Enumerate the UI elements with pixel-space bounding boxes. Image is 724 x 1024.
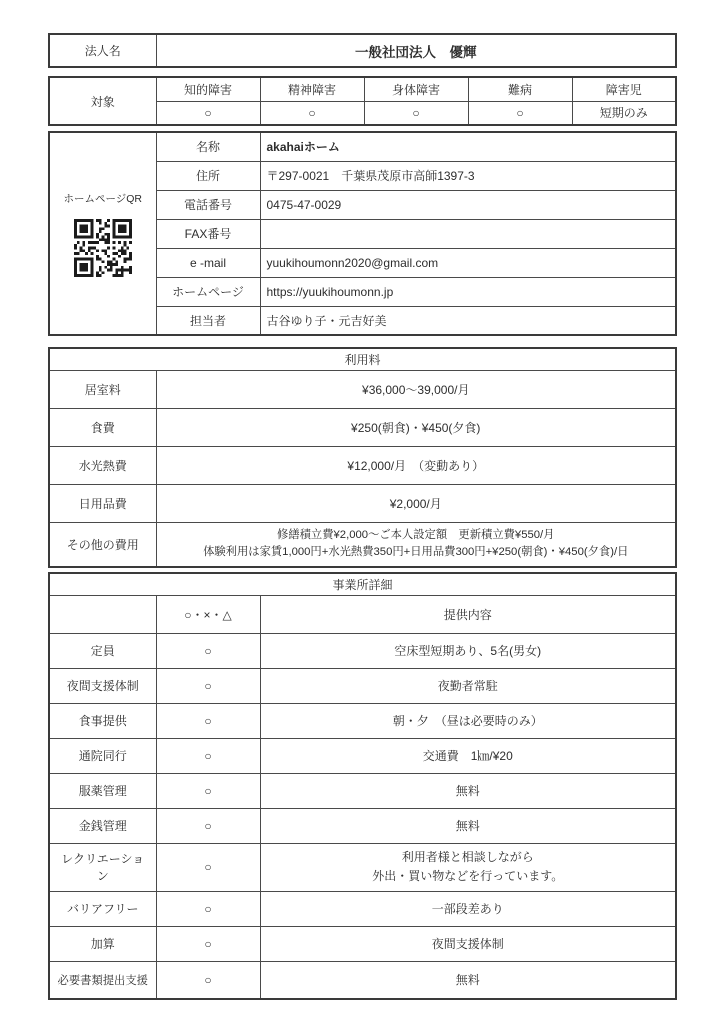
contact-row-label: ホームページ (156, 277, 260, 306)
detail-row-content: 無料 (260, 961, 676, 999)
details-symbol-header: ○・×・△ (156, 595, 260, 633)
target-mark: ○ (364, 101, 468, 125)
target-label: 対象 (49, 77, 156, 125)
target-mark: ○ (260, 101, 364, 125)
detail-row-mark: ○ (156, 926, 260, 961)
contact-row-label: 担当者 (156, 306, 260, 335)
fee-row-value: ¥2,000/月 (156, 485, 676, 523)
facility-name-value: akahaiホーム (260, 132, 676, 161)
detail-row-label: レクリエーション (49, 843, 156, 891)
detail-row-mark: ○ (156, 843, 260, 891)
email-value: yuukihoumonn2020@gmail.com (260, 248, 676, 277)
target-table: 対象 知的障害 精神障害 身体障害 難病 障害児 ○ ○ ○ ○ 短期のみ (48, 76, 677, 126)
detail-row-mark: ○ (156, 773, 260, 808)
target-header: 精神障害 (260, 77, 364, 101)
contact-row-label: 住所 (156, 161, 260, 190)
detail-row-mark: ○ (156, 633, 260, 668)
address-value: 〒297-0021 千葉県茂原市高師1397-3 (260, 161, 676, 190)
target-header: 知的障害 (156, 77, 260, 101)
detail-row-label: 食事提供 (49, 703, 156, 738)
fax-value (260, 219, 676, 248)
fee-row-label: 水光熱費 (49, 447, 156, 485)
detail-row-content: 一部段差あり (260, 891, 676, 926)
details-content-header: 提供内容 (260, 595, 676, 633)
detail-row-label: 加算 (49, 926, 156, 961)
fee-row-value: ¥12,000/月 （変動あり） (156, 447, 676, 485)
target-mark: ○ (468, 101, 572, 125)
contact-row-label: e -mail (156, 248, 260, 277)
corporate-name-value: 一般社団法人 優輝 (156, 34, 676, 67)
contact-row-label: 名称 (156, 132, 260, 161)
detail-row-mark: ○ (156, 703, 260, 738)
target-mark: ○ (156, 101, 260, 125)
detail-row-content: 無料 (260, 773, 676, 808)
detail-row-label: 必要書類提出支援 (49, 961, 156, 999)
detail-row-mark: ○ (156, 891, 260, 926)
fee-row-label: 食費 (49, 409, 156, 447)
homepage-value: https://yuukihoumonn.jp (260, 277, 676, 306)
detail-row-label: バリアフリー (49, 891, 156, 926)
detail-row-mark: ○ (156, 668, 260, 703)
details-table: 事業所詳細 ○・×・△ 提供内容 定員 ○ 空床型短期あり、5名(男女) 夜間支… (48, 572, 677, 1001)
qr-code-icon (74, 219, 132, 277)
detail-row-content: 利用者様と相談しながら 外出・買い物などを行っています。 (260, 843, 676, 891)
fee-row-value: ¥250(朝食)・¥450(夕食) (156, 409, 676, 447)
contact-row-label: FAX番号 (156, 219, 260, 248)
target-header: 障害児 (572, 77, 676, 101)
detail-row-content: 無料 (260, 808, 676, 843)
detail-row-mark: ○ (156, 738, 260, 773)
detail-row-mark: ○ (156, 808, 260, 843)
phone-value: 0475-47-0029 (260, 190, 676, 219)
fee-row-label: 居室料 (49, 371, 156, 409)
contact-table: ホームページQR 名称 akahaiホーム 住所 〒297-0021 千葉県茂原… (48, 131, 677, 336)
other-fees-value: 修繕積立費¥2,000～ご本人設定額 更新積立費¥550/月 体験利用は家賃1,… (156, 523, 676, 567)
fee-row-label: その他の費用 (49, 523, 156, 567)
corporate-table: 法人名 一般社団法人 優輝 (48, 33, 677, 68)
document-page: 法人名 一般社団法人 優輝 対象 知的障害 精神障害 身体障害 難病 障害児 ○… (0, 0, 724, 1024)
detail-row-content: 交通費 1㎞/¥20 (260, 738, 676, 773)
target-mark: 短期のみ (572, 101, 676, 125)
detail-row-mark: ○ (156, 961, 260, 999)
contact-row-label: 電話番号 (156, 190, 260, 219)
fee-row-label: 日用品費 (49, 485, 156, 523)
detail-row-label: 金銭管理 (49, 808, 156, 843)
detail-row-label: 通院同行 (49, 738, 156, 773)
details-title: 事業所詳細 (49, 573, 676, 596)
detail-row-label: 夜間支援体制 (49, 668, 156, 703)
corporate-name-label: 法人名 (49, 34, 156, 67)
detail-row-content: 空床型短期あり、5名(男女) (260, 633, 676, 668)
qr-label: ホームページQR (63, 191, 142, 206)
details-corner-cell (49, 595, 156, 633)
detail-row-label: 服薬管理 (49, 773, 156, 808)
staff-value: 古谷ゆり子・元吉好美 (260, 306, 676, 335)
detail-row-content: 朝・夕 （昼は必要時のみ） (260, 703, 676, 738)
detail-row-content: 夜勤者常駐 (260, 668, 676, 703)
detail-row-content: 夜間支援体制 (260, 926, 676, 961)
target-header: 難病 (468, 77, 572, 101)
fee-row-value: ¥36,000～39,000/月 (156, 371, 676, 409)
detail-row-label: 定員 (49, 633, 156, 668)
target-header: 身体障害 (364, 77, 468, 101)
qr-cell: ホームページQR (49, 132, 156, 335)
fees-title: 利用料 (49, 348, 676, 371)
fees-table: 利用料 居室料 ¥36,000～39,000/月 食費 ¥250(朝食)・¥45… (48, 347, 677, 568)
